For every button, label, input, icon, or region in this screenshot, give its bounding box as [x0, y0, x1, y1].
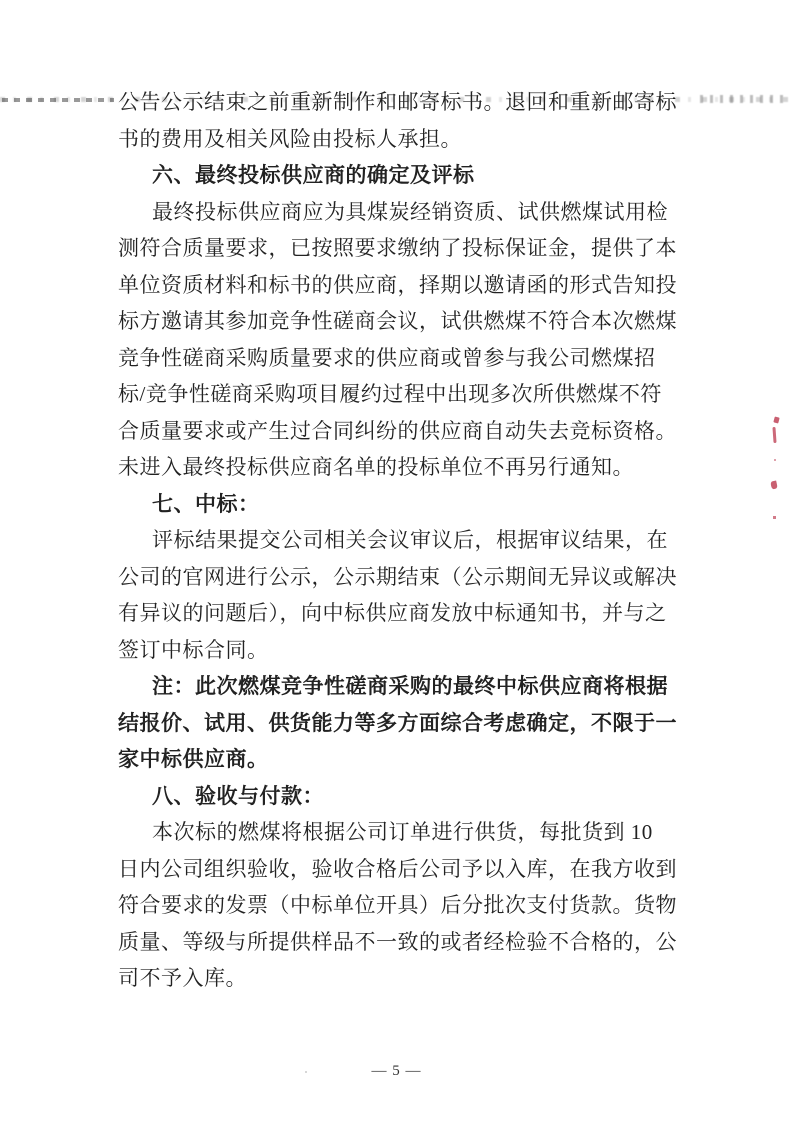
document-line: 单位资质材料和标书的供应商，择期以邀请函的形式告知投	[118, 267, 682, 304]
section-heading: 八、验收与付款：	[118, 778, 682, 815]
red-ink-mark	[773, 416, 779, 423]
document-line: 家中标供应商。	[118, 741, 682, 778]
document-line: 最终投标供应商应为具煤炭经销资质、试供燃煤试用检	[118, 194, 682, 231]
document-line: 司不予入库。	[118, 960, 682, 997]
document-line: 合质量要求或产生过合同纠纷的供应商自动失去竞标资格。	[118, 413, 682, 450]
document-body: 公告公示结束之前重新制作和邮寄标书。退回和重新邮寄标书的费用及相关风险由投标人承…	[118, 84, 682, 997]
document-line: 有异议的问题后），向中标供应商发放中标通知书，并与之	[118, 595, 682, 632]
document-line: 日内公司组织验收，验收合格后公司予以入库，在我方收到	[118, 851, 682, 888]
document-line: 注：此次燃煤竞争性磋商采购的最终中标供应商将根据	[118, 668, 682, 705]
scan-noise-band-left	[2, 98, 114, 102]
document-line: 公告公示结束之前重新制作和邮寄标书。退回和重新邮寄标	[118, 84, 682, 121]
document-line: 标方邀请其参加竞争性磋商会议，试供燃煤不符合本次燃煤	[118, 303, 682, 340]
document-line: 标/竞争性磋商采购项目履约过程中出现多次所供燃煤不符	[118, 376, 682, 413]
section-heading: 七、中标：	[118, 486, 682, 523]
red-ink-mark	[770, 480, 778, 489]
document-line: 评标结果提交公司相关会议审议后，根据审议结果，在	[118, 522, 682, 559]
document-line: 测符合质量要求，已按照要求缴纳了投标保证金，提供了本	[118, 230, 682, 267]
scanned-page: 公告公示结束之前重新制作和邮寄标书。退回和重新邮寄标书的费用及相关风险由投标人承…	[0, 0, 793, 1122]
document-line: 签订中标合同。	[118, 632, 682, 669]
document-line: 竞争性磋商采购质量要求的供应商或曾参与我公司燃煤招	[118, 340, 682, 377]
document-line: 书的费用及相关风险由投标人承担。	[118, 121, 682, 158]
section-heading: 六、最终投标供应商的确定及评标	[118, 157, 682, 194]
document-line: 符合要求的发票（中标单位开具）后分批次支付货款。货物	[118, 887, 682, 924]
document-line: 结报价、试用、供货能力等多方面综合考虑确定，不限于一	[118, 705, 682, 742]
scan-noise-band-right	[700, 95, 790, 103]
red-ink-mark	[773, 516, 776, 519]
document-line: 本次标的燃煤将根据公司订单进行供货，每批货到 10	[118, 814, 682, 851]
red-ink-mark	[774, 459, 776, 461]
document-line: 公司的官网进行公示，公示期结束（公示期间无异议或解决	[118, 559, 682, 596]
document-line: 质量、等级与所提供样品不一致的或者经检验不合格的，公	[118, 924, 682, 961]
document-line: 未进入最终投标供应商名单的投标单位不再另行通知。	[118, 449, 682, 486]
page-number: — 5 —	[0, 1063, 793, 1080]
red-ink-mark	[772, 427, 776, 443]
